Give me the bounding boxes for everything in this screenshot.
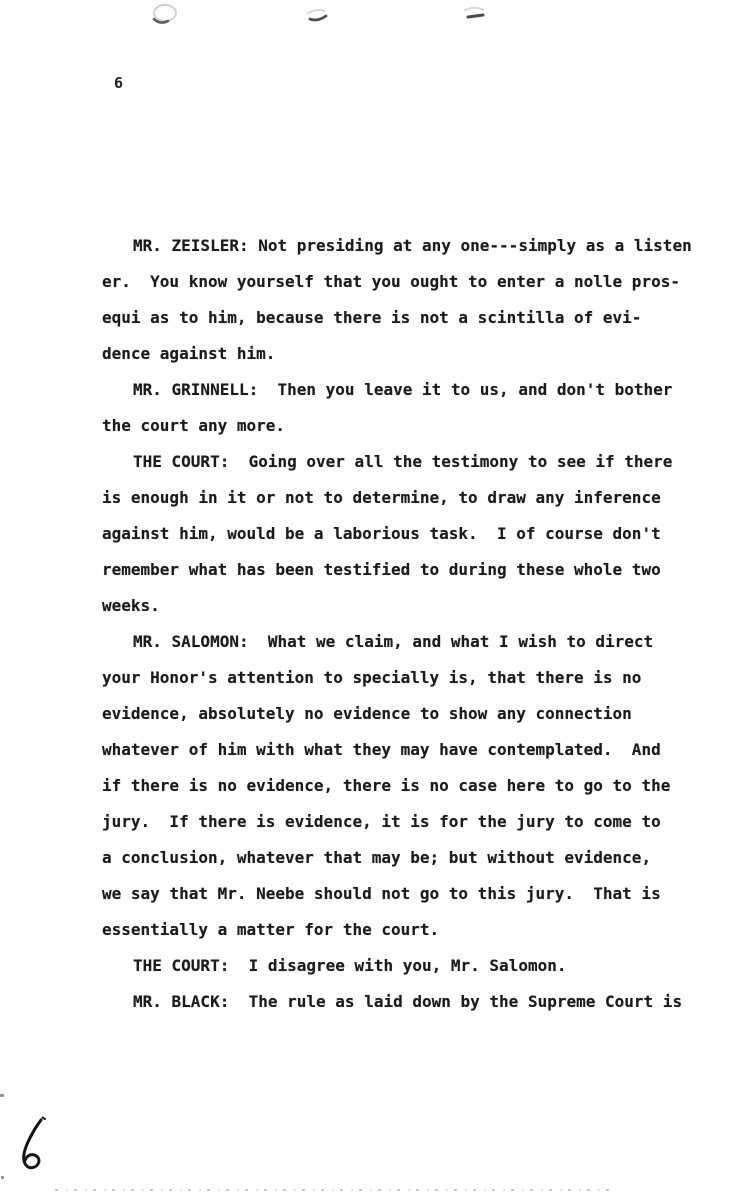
- handwritten-page-number: [14, 1116, 50, 1174]
- transcript-line: your Honor's attention to specially is, …: [102, 660, 702, 696]
- transcript-line: er. You know yourself that you ought to …: [102, 264, 702, 300]
- transcript-line: the court any more.: [102, 408, 702, 444]
- transcript-text: MR. ZEISLER: Not presiding at any one---…: [102, 228, 702, 1020]
- transcript-line: remember what has been testified to duri…: [102, 552, 702, 588]
- transcript-line: MR. GRINNELL: Then you leave it to us, a…: [102, 372, 702, 408]
- transcript-line: whatever of him with what they may have …: [102, 732, 702, 768]
- transcript-line: THE COURT: Going over all the testimony …: [102, 444, 702, 480]
- transcript-line: MR. BLACK: The rule as laid down by the …: [102, 984, 702, 1020]
- transcript-line: equi as to him, because there is not a s…: [102, 300, 702, 336]
- scan-artifact-dot: [0, 1094, 4, 1097]
- transcript-line: against him, would be a laborious task. …: [102, 516, 702, 552]
- transcript-line: a conclusion, whatever that may be; but …: [102, 840, 702, 876]
- transcript-line: dence against him.: [102, 336, 702, 372]
- ink-smudge-icon: [148, 2, 182, 28]
- page-number: 6: [114, 74, 124, 92]
- scan-artifact-line: [55, 1189, 610, 1191]
- document-page: 6 MR. ZEISLER: Not presiding at any one-…: [0, 0, 741, 1200]
- transcript-line: jury. If there is evidence, it is for th…: [102, 804, 702, 840]
- transcript-line: MR. SALOMON: What we claim, and what I w…: [102, 624, 702, 660]
- transcript-line: essentially a matter for the court.: [102, 912, 702, 948]
- ink-smudge-icon: [303, 6, 333, 26]
- transcript-line: evidence, absolutely no evidence to show…: [102, 696, 702, 732]
- scan-artifact-dot: [1, 1176, 4, 1179]
- transcript-line: THE COURT: I disagree with you, Mr. Salo…: [102, 948, 702, 984]
- transcript-line: we say that Mr. Neebe should not go to t…: [102, 876, 702, 912]
- transcript-line: if there is no evidence, there is no cas…: [102, 768, 702, 804]
- transcript-line: weeks.: [102, 588, 702, 624]
- transcript-line: is enough in it or not to determine, to …: [102, 480, 702, 516]
- ink-smudge-icon: [458, 4, 490, 24]
- transcript-line: MR. ZEISLER: Not presiding at any one---…: [102, 228, 702, 264]
